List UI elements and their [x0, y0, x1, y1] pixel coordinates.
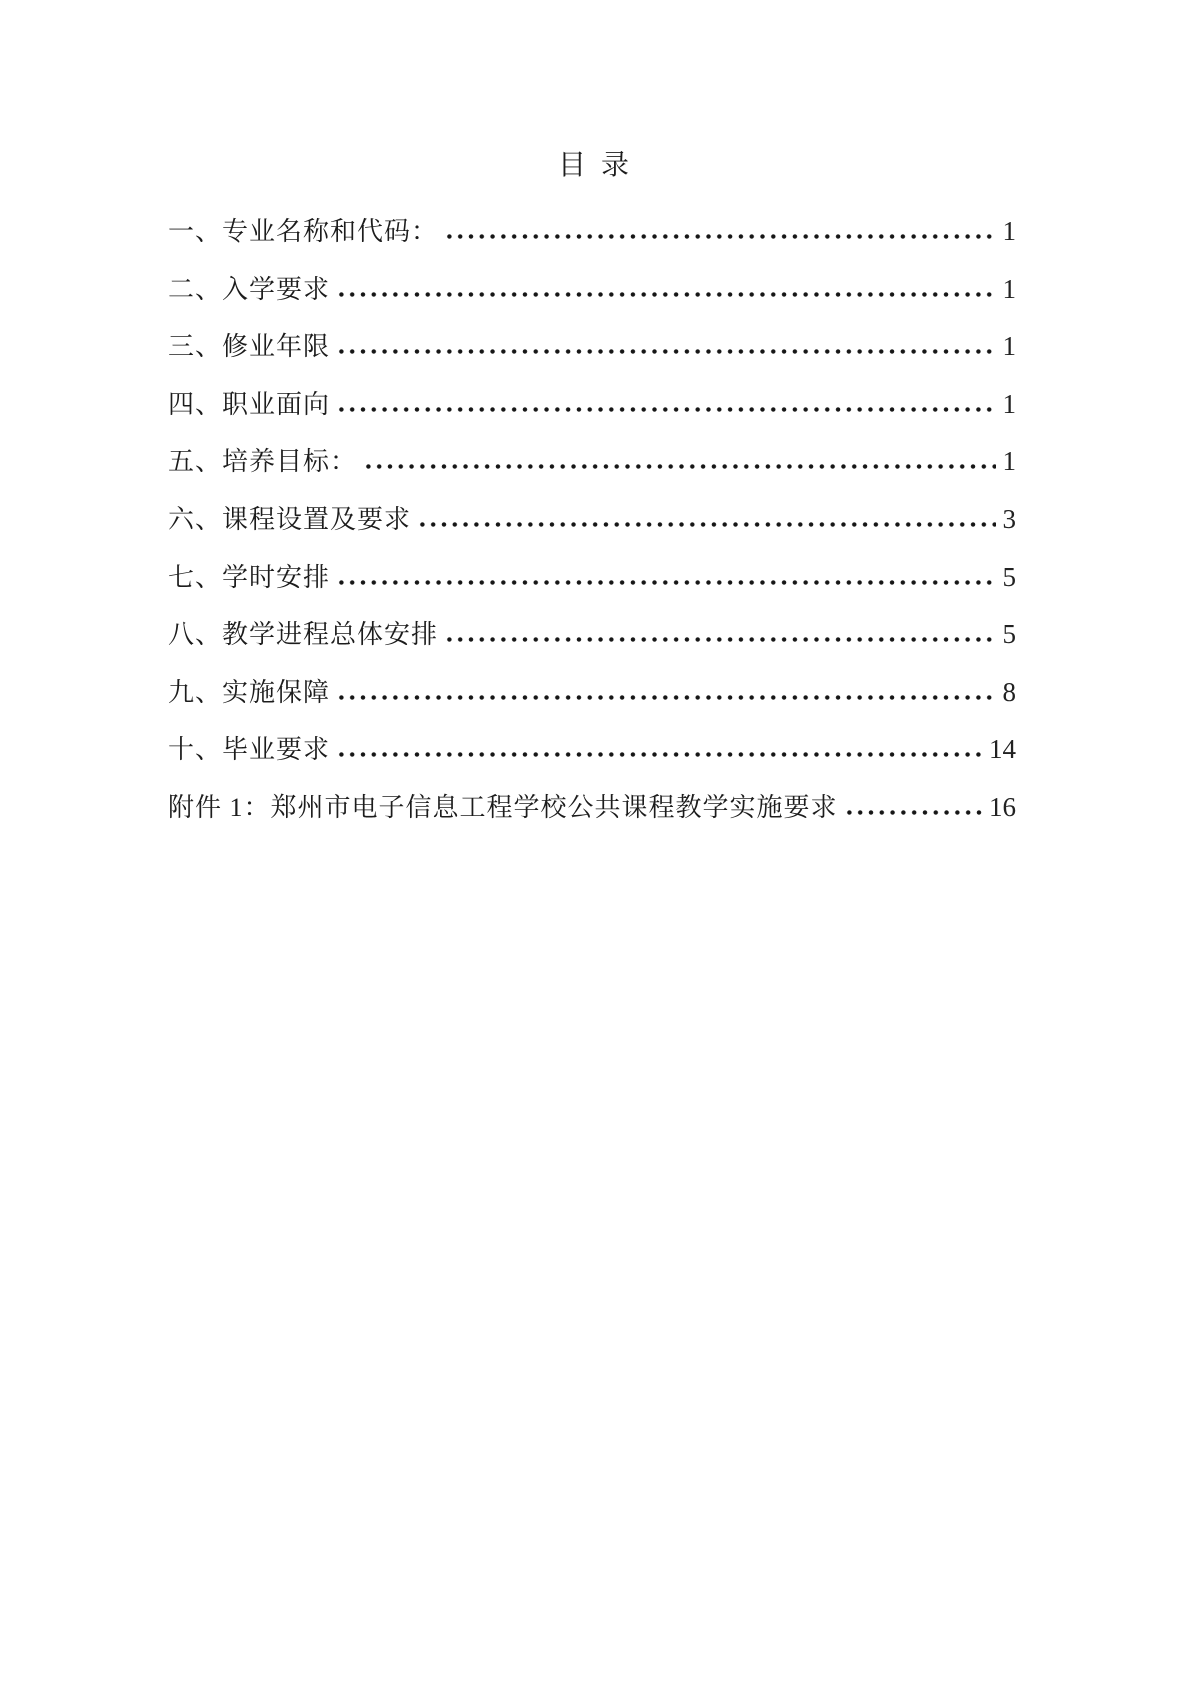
toc-entry-label: 十、毕业要求	[168, 721, 330, 779]
toc-entry-label: 二、入学要求	[168, 261, 330, 319]
toc-entry[interactable]: 八、教学进程总体安排 5	[168, 606, 1016, 664]
toc-entry[interactable]: 三、修业年限 1	[168, 318, 1016, 376]
toc-entry-label: 一、专业名称和代码：	[168, 203, 438, 261]
toc-entry-label: 三、修业年限	[168, 318, 330, 376]
toc-entry-page: 3	[1003, 491, 1017, 549]
toc-dot-leader	[336, 291, 995, 298]
toc-dot-leader	[336, 406, 995, 413]
toc-entry-page: 16	[989, 779, 1016, 837]
toc-entry-page: 14	[989, 721, 1016, 779]
toc-entry-page: 5	[1003, 606, 1017, 664]
toc-entry[interactable]: 六、课程设置及要求 3	[168, 491, 1016, 549]
toc-dot-leader	[844, 809, 982, 816]
toc-entry-page: 5	[1003, 549, 1017, 607]
toc-entry-label: 八、教学进程总体安排	[168, 606, 438, 664]
toc-dot-leader	[444, 636, 995, 643]
toc-dot-leader	[336, 348, 995, 355]
toc-entry-page: 1	[1003, 318, 1017, 376]
toc-entry-label: 五、培养目标：	[168, 433, 357, 491]
toc-entry-label: 七、学时安排	[168, 549, 330, 607]
toc-entry-page: 1	[1003, 261, 1017, 319]
toc-dot-leader	[336, 751, 982, 758]
toc-entry[interactable]: 一、专业名称和代码： 1	[168, 203, 1016, 261]
toc-dot-leader	[444, 233, 995, 240]
toc-entry-label: 四、职业面向	[168, 376, 330, 434]
toc-entry-page: 8	[1003, 664, 1017, 722]
toc-entry[interactable]: 二、入学要求 1	[168, 261, 1016, 319]
toc-entry[interactable]: 五、培养目标： 1	[168, 433, 1016, 491]
toc-dot-leader	[363, 463, 995, 470]
toc-entry-page: 1	[1003, 376, 1017, 434]
toc-list: 一、专业名称和代码： 1 二、入学要求 1 三、修业年限 1 四、职业面向 1 …	[168, 203, 1016, 837]
toc-dot-leader	[417, 521, 995, 528]
toc-entry[interactable]: 十、毕业要求 14	[168, 721, 1016, 779]
toc-dot-leader	[336, 579, 995, 586]
toc-entry-label: 附件 1：郑州市电子信息工程学校公共课程教学实施要求	[168, 779, 838, 837]
toc-entry[interactable]: 四、职业面向 1	[168, 376, 1016, 434]
toc-title: 目 录	[0, 150, 1191, 182]
toc-entry[interactable]: 附件 1：郑州市电子信息工程学校公共课程教学实施要求 16	[168, 779, 1016, 837]
toc-entry[interactable]: 九、实施保障 8	[168, 664, 1016, 722]
toc-entry-label: 九、实施保障	[168, 664, 330, 722]
document-page: 目 录 一、专业名称和代码： 1 二、入学要求 1 三、修业年限 1 四、职业面…	[0, 0, 1191, 1684]
toc-entry[interactable]: 七、学时安排 5	[168, 549, 1016, 607]
toc-dot-leader	[336, 694, 995, 701]
toc-entry-page: 1	[1003, 203, 1017, 261]
toc-entry-label: 六、课程设置及要求	[168, 491, 411, 549]
toc-entry-page: 1	[1003, 433, 1017, 491]
